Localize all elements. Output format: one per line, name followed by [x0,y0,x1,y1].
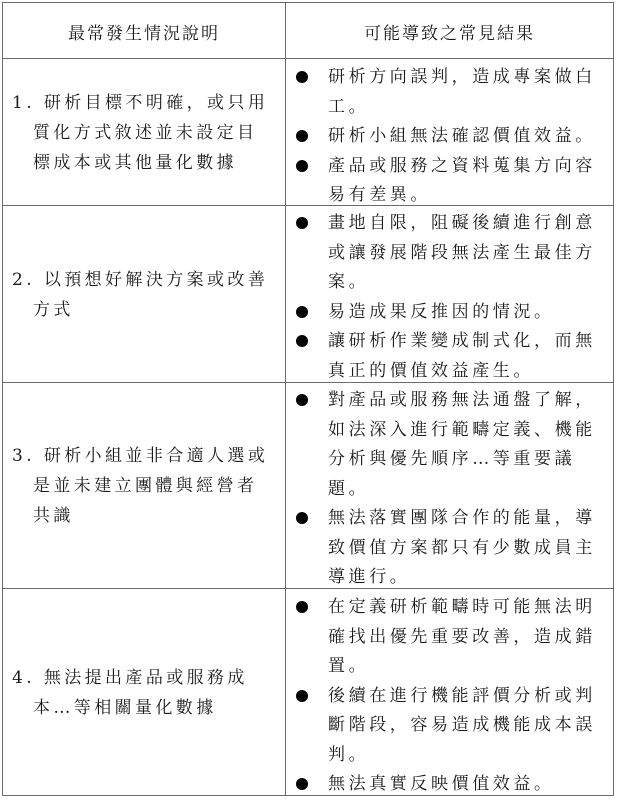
bullet-icon [296,778,308,790]
row-4-results-cell: 在定義研析範疇時可能無法明確找出優先重要改善，造成錯置。 後續在進行機能評價分析… [286,593,613,800]
result-item: 無法落實團隊合作的能量，導致價值方案都只有少數成員主導進行。 [286,504,613,593]
result-item: 讓研析作業變成制式化，而無真正的價值效益產生。 [286,327,613,386]
situation-text: 2. 以預想好解決方案或改善方式 [24,265,285,325]
bullet-icon [296,130,308,142]
bullet-icon [296,601,308,613]
bullet-icon [296,217,308,229]
bullet-icon [296,512,308,524]
result-item: 畫地自限，阻礙後續進行創意或讓發展階段無法產生最佳方案。 [286,209,613,298]
row-3-results-cell: 對產品或服務無法通盤了解，如法深入進行範疇定義、機能分析與優先順序…等重要議題。… [286,386,613,593]
row-1-results-cell: 研析方向誤判，造成專案做白工。 研析小組無法確認價值效益。 產品或服務之資料蒐集… [286,63,613,211]
bullet-icon [296,335,308,347]
result-item: 易造成果反推因的情況。 [286,298,613,328]
row-2-situation-cell: 2. 以預想好解決方案或改善方式 [3,207,285,382]
result-item: 無法真實反映價值效益。 [286,770,613,800]
bullet-icon [296,71,308,83]
header-results: 可能導致之常見結果 [286,3,613,59]
bullet-icon [296,306,308,318]
bullet-icon [296,690,308,702]
result-item: 研析方向誤判，造成專案做白工。 [286,63,613,122]
row-4-situation-cell: 4. 無法提出產品或服務成本…等相關量化數據 [3,590,285,795]
bullet-icon [296,160,308,172]
row-1-situation-cell: 1. 研析目標不明確，或只用質化方式敘述並未設定目標成本或其他量化數據 [3,60,285,205]
situation-text: 1. 研析目標不明確，或只用質化方式敘述並未設定目標成本或其他量化數據 [24,88,285,178]
header-situation: 最常發生情況說明 [3,3,285,59]
row-2-results-cell: 畫地自限，阻礙後續進行創意或讓發展階段無法產生最佳方案。 易造成果反推因的情況。… [286,209,613,386]
comparison-table: 最常發生情況說明 可能導致之常見結果 1. 研析目標不明確，或只用質化方式敘述並… [2,2,614,796]
result-item: 產品或服務之資料蒐集方向容易有差異。 [286,152,613,211]
result-item: 對產品或服務無法通盤了解，如法深入進行範疇定義、機能分析與優先順序…等重要議題。 [286,386,613,504]
bullet-icon [296,394,308,406]
situation-text: 3. 研析小組並非合適人選或是並未建立團體與經營者共識 [24,441,285,531]
situation-text: 4. 無法提出產品或服務成本…等相關量化數據 [24,663,285,723]
row-3-situation-cell: 3. 研析小組並非合適人選或是並未建立團體與經營者共識 [3,384,285,588]
result-item: 研析小組無法確認價值效益。 [286,122,613,152]
result-item: 後續在進行機能評價分析或判斷階段，容易造成機能成本誤判。 [286,682,613,771]
result-item: 在定義研析範疇時可能無法明確找出優先重要改善，造成錯置。 [286,593,613,682]
